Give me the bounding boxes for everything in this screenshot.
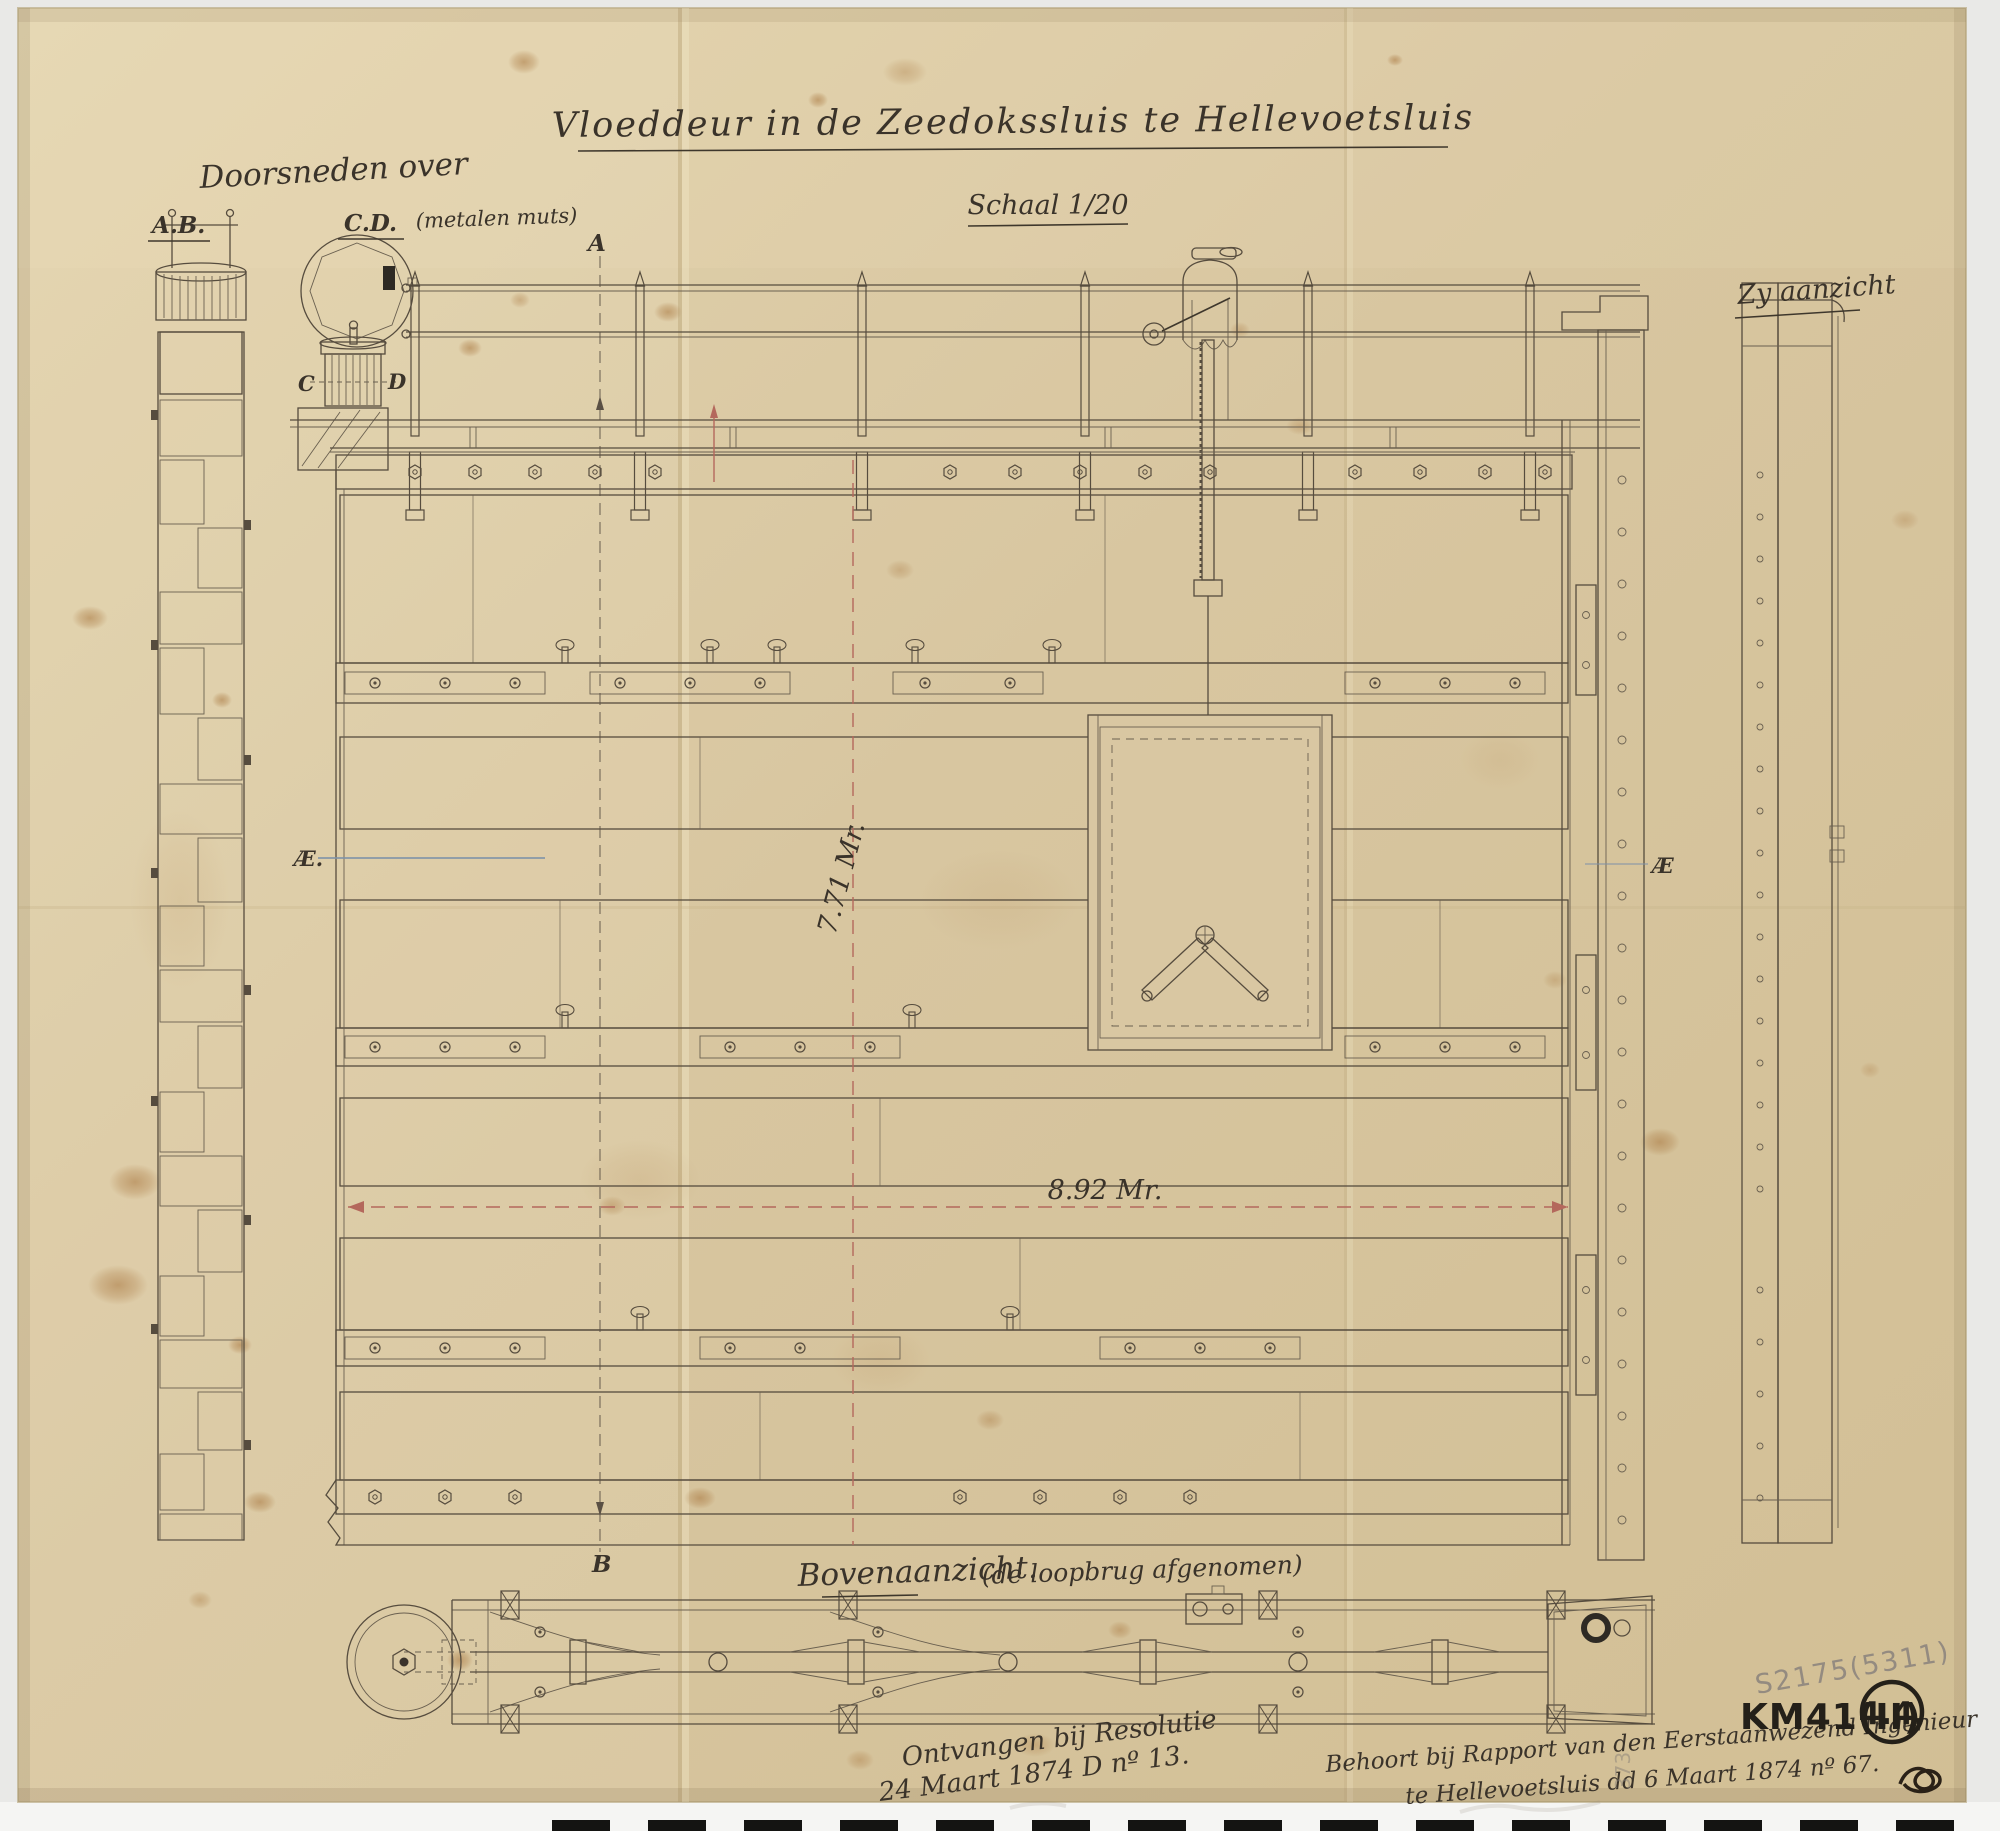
page-number-pencil: 373 xyxy=(1611,1752,1635,1790)
marker-c: C xyxy=(298,371,315,396)
dimension-width: 8.92 Mr. xyxy=(1048,1175,1163,1206)
section-cd-label: C.D. xyxy=(344,210,397,237)
sluice-valve xyxy=(1088,715,1332,1050)
section-ab-label: A.B. xyxy=(150,212,205,239)
marker-ae-left: Æ. xyxy=(291,846,323,871)
marker-ae-right: Æ xyxy=(1649,853,1674,878)
paper-sheet xyxy=(18,8,1966,1802)
drawing-title: Vloeddeur in de Zeedokssluis te Hellevoe… xyxy=(552,98,1475,146)
drawing-scale: Schaal 1/20 xyxy=(967,190,1128,221)
drawing-svg: Vloeddeur in de Zeedokssluis te Hellevoe… xyxy=(0,0,2000,1831)
marker-b: B xyxy=(591,1551,611,1578)
marker-a: A xyxy=(586,230,606,257)
marker-d: D xyxy=(387,369,407,394)
scale-bar-dashes xyxy=(552,1820,1954,1831)
circled-number-stamp: 4.4. xyxy=(1859,1696,1926,1732)
